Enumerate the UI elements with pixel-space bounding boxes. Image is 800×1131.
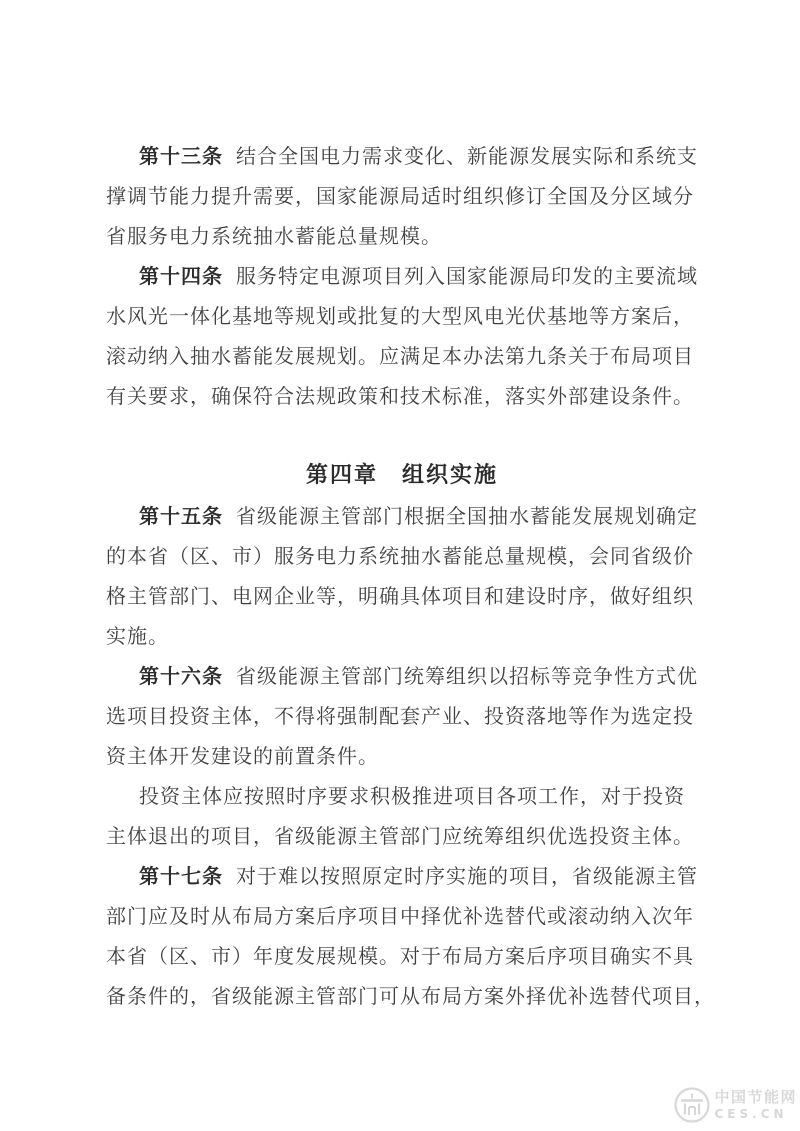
line-text: 本省（区、市）年度发展规模。对于布局方案后序项目确实不具 (106, 944, 694, 968)
line-text: 的本省（区、市）服务电力系统抽水蓄能总量规模，会同省级价 (106, 544, 694, 568)
doc-line: 本省（区、市）年度发展规模。对于布局方案后序项目确实不具 (106, 936, 698, 976)
line-text: 资主体开发建设的前置条件。 (106, 744, 379, 768)
line-text: 选项目投资主体，不得将强制配套产业、投资落地等作为选定投 (106, 704, 694, 728)
blank-line (106, 416, 698, 456)
line-text: 省级能源主管部门根据全国抽水蓄能发展规划确定 (236, 504, 698, 528)
line-text: 省级能源主管部门统筹组织以招标等竞争性方式优 (236, 664, 698, 688)
doc-line: 省服务电力系统抽水蓄能总量规模。 (106, 216, 698, 256)
doc-line: 格主管部门、电网企业等，明确具体项目和建设时序，做好组织 (106, 576, 698, 616)
line-text: 格主管部门、电网企业等，明确具体项目和建设时序，做好组织 (106, 584, 694, 608)
ces-logo-icon (673, 1086, 711, 1124)
line-text: 结合全国电力需求变化、新能源发展实际和系统支 (236, 144, 698, 168)
doc-line: 投资主体应按照时序要求积极推进项目各项工作，对于投资 (106, 776, 698, 816)
document-body: 第十三条结合全国电力需求变化、新能源发展实际和系统支 撑调节能力提升需要，国家能… (106, 136, 698, 1016)
doc-line: 主体退出的项目，省级能源主管部门应统筹组织优选投资主体。 (106, 816, 698, 856)
document-page: 第十三条结合全国电力需求变化、新能源发展实际和系统支 撑调节能力提升需要，国家能… (0, 0, 800, 1131)
line-text: 水风光一体化基地等规划或批复的大型风电光伏基地等方案后， (106, 304, 694, 328)
line-text: 滚动纳入抽水蓄能发展规划。应满足本办法第九条关于布局项目 (106, 344, 694, 368)
line-text: 投资主体应按照时序要求积极推进项目各项工作，对于投资 (139, 784, 685, 808)
line-text: 部门应及时从布局方案后序项目中择优补选替代或滚动纳入次年 (106, 904, 694, 928)
doc-line: 选项目投资主体，不得将强制配套产业、投资落地等作为选定投 (106, 696, 698, 736)
doc-line: 第十三条结合全国电力需求变化、新能源发展实际和系统支 (106, 136, 698, 176)
line-text: 主体退出的项目，省级能源主管部门应统筹组织优选投资主体。 (106, 824, 694, 848)
line-text: 实施。 (106, 624, 169, 648)
doc-line: 部门应及时从布局方案后序项目中择优补选替代或滚动纳入次年 (106, 896, 698, 936)
doc-line: 第十四条服务特定电源项目列入国家能源局印发的主要流域 (106, 256, 698, 296)
doc-line: 实施。 (106, 616, 698, 656)
chapter-heading-text: 第四章 组织实施 (306, 463, 498, 488)
doc-line: 资主体开发建设的前置条件。 (106, 736, 698, 776)
article-number: 第十七条 (139, 864, 223, 888)
line-text: 撑调节能力提升需要，国家能源局适时组织修订全国及分区域分 (106, 184, 694, 208)
article-number: 第十五条 (139, 504, 223, 528)
doc-line: 第十六条省级能源主管部门统筹组织以招标等竞争性方式优 (106, 656, 698, 696)
doc-line: 备条件的，省级能源主管部门可从布局方案外择优补选替代项目， (106, 976, 698, 1016)
doc-line: 撑调节能力提升需要，国家能源局适时组织修订全国及分区域分 (106, 176, 698, 216)
watermark: 中国节能网 CES.CN (673, 1086, 797, 1124)
doc-line: 有关要求，确保符合法规政策和技术标准，落实外部建设条件。 (106, 376, 698, 416)
article-number: 第十六条 (139, 664, 223, 688)
chapter-heading: 第四章 组织实施 (106, 456, 698, 496)
doc-line: 水风光一体化基地等规划或批复的大型风电光伏基地等方案后， (106, 296, 698, 336)
article-number: 第十三条 (139, 144, 223, 168)
doc-line: 滚动纳入抽水蓄能发展规划。应满足本办法第九条关于布局项目 (106, 336, 698, 376)
doc-line: 的本省（区、市）服务电力系统抽水蓄能总量规模，会同省级价 (106, 536, 698, 576)
line-text: 省服务电力系统抽水蓄能总量规模。 (106, 224, 442, 248)
article-number: 第十四条 (139, 264, 223, 288)
line-text: 备条件的，省级能源主管部门可从布局方案外择优补选替代项目， (106, 984, 715, 1008)
doc-line: 第十五条省级能源主管部门根据全国抽水蓄能发展规划确定 (106, 496, 698, 536)
line-text: 有关要求，确保符合法规政策和技术标准，落实外部建设条件。 (106, 384, 694, 408)
doc-line: 第十七条对于难以按照原定时序实施的项目，省级能源主管 (106, 856, 698, 896)
watermark-site-name: 中国节能网 (714, 1090, 797, 1105)
watermark-domain: CES.CN (714, 1108, 797, 1120)
line-text: 服务特定电源项目列入国家能源局印发的主要流域 (236, 264, 698, 288)
line-text: 对于难以按照原定时序实施的项目，省级能源主管 (236, 864, 698, 888)
